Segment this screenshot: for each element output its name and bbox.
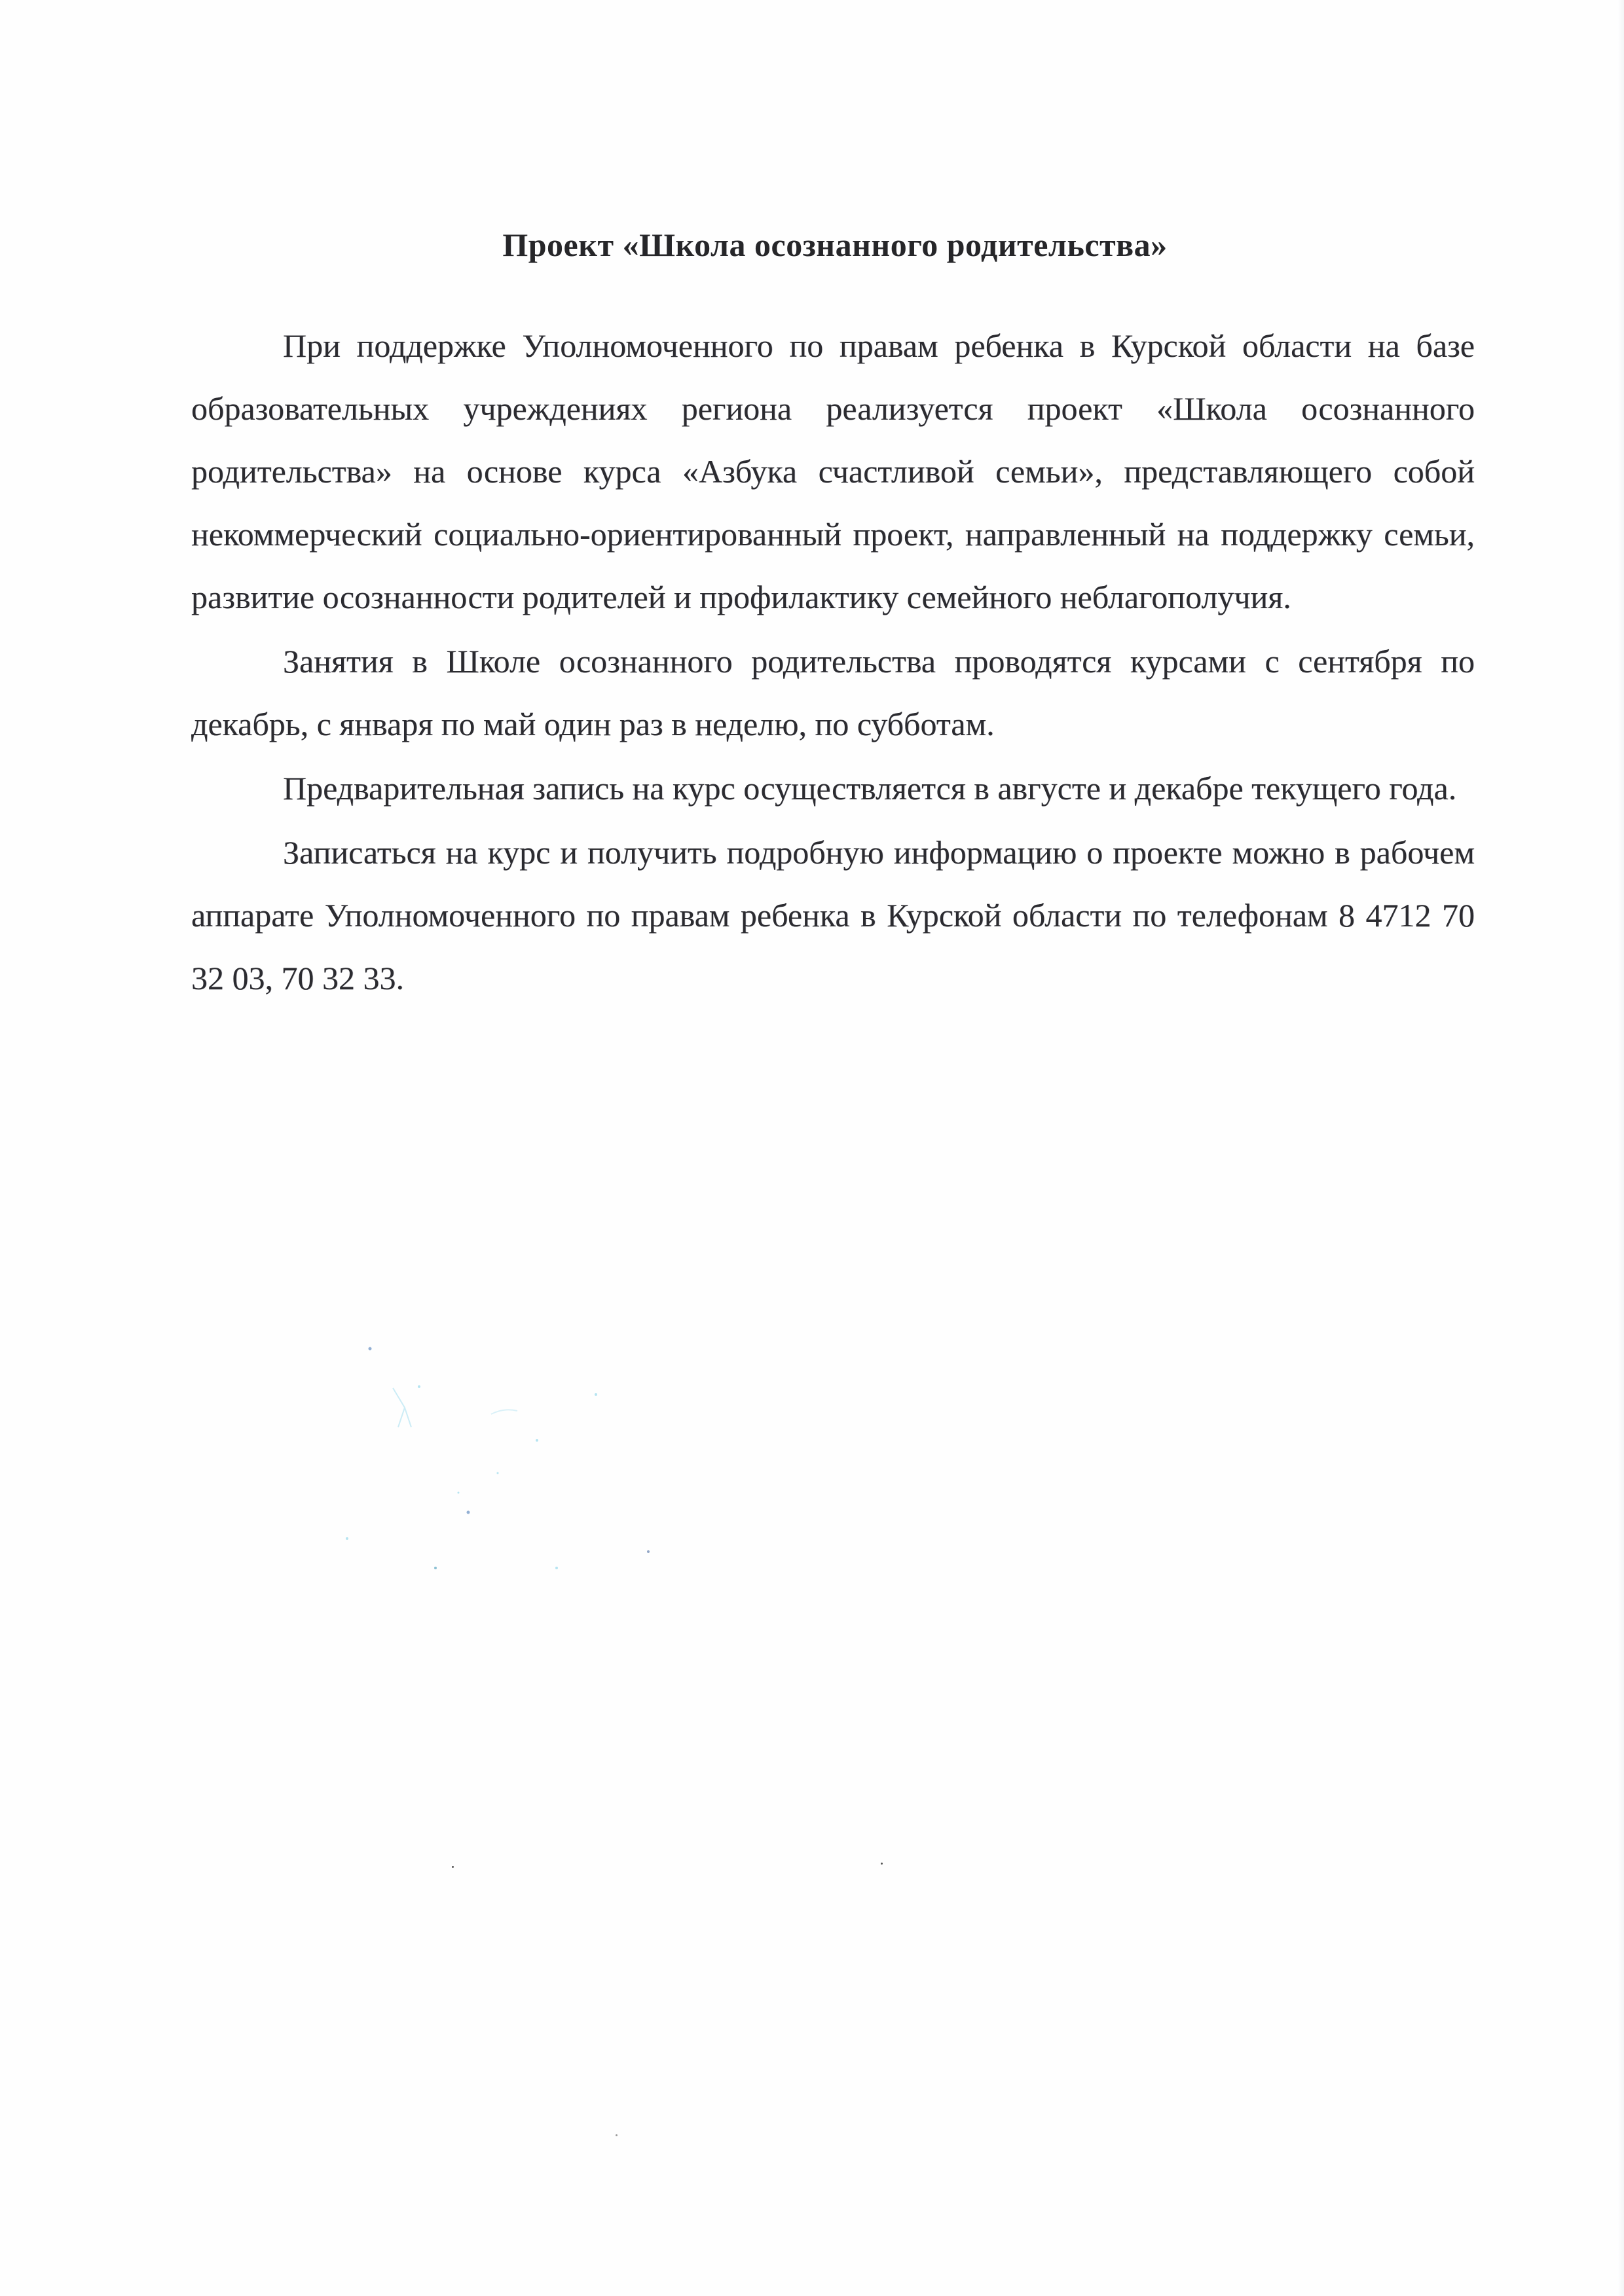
scan-speck: [452, 1866, 454, 1868]
scanned-page: Проект «Школа осознанного родительства» …: [0, 0, 1624, 2296]
paragraph-schedule: Занятия в Школе осознанного родительства…: [191, 630, 1475, 756]
paragraph-registration: Предварительная запись на курс осуществл…: [191, 757, 1475, 820]
scan-edge: [1617, 0, 1624, 2296]
document-title: Проект «Школа осознанного родительства»: [0, 226, 1624, 264]
scan-speck: [881, 1863, 883, 1865]
paragraph-project-intro: При поддержке Уполномоченного по правам …: [191, 314, 1475, 629]
document-body: При поддержке Уполномоченного по правам …: [191, 314, 1475, 1010]
stamp-residue: [327, 1309, 668, 1584]
signature-mark-icon: [327, 1309, 668, 1584]
scan-speck: [616, 2134, 618, 2136]
paragraph-contact-info: Записаться на курс и получить подробную …: [191, 821, 1475, 1010]
